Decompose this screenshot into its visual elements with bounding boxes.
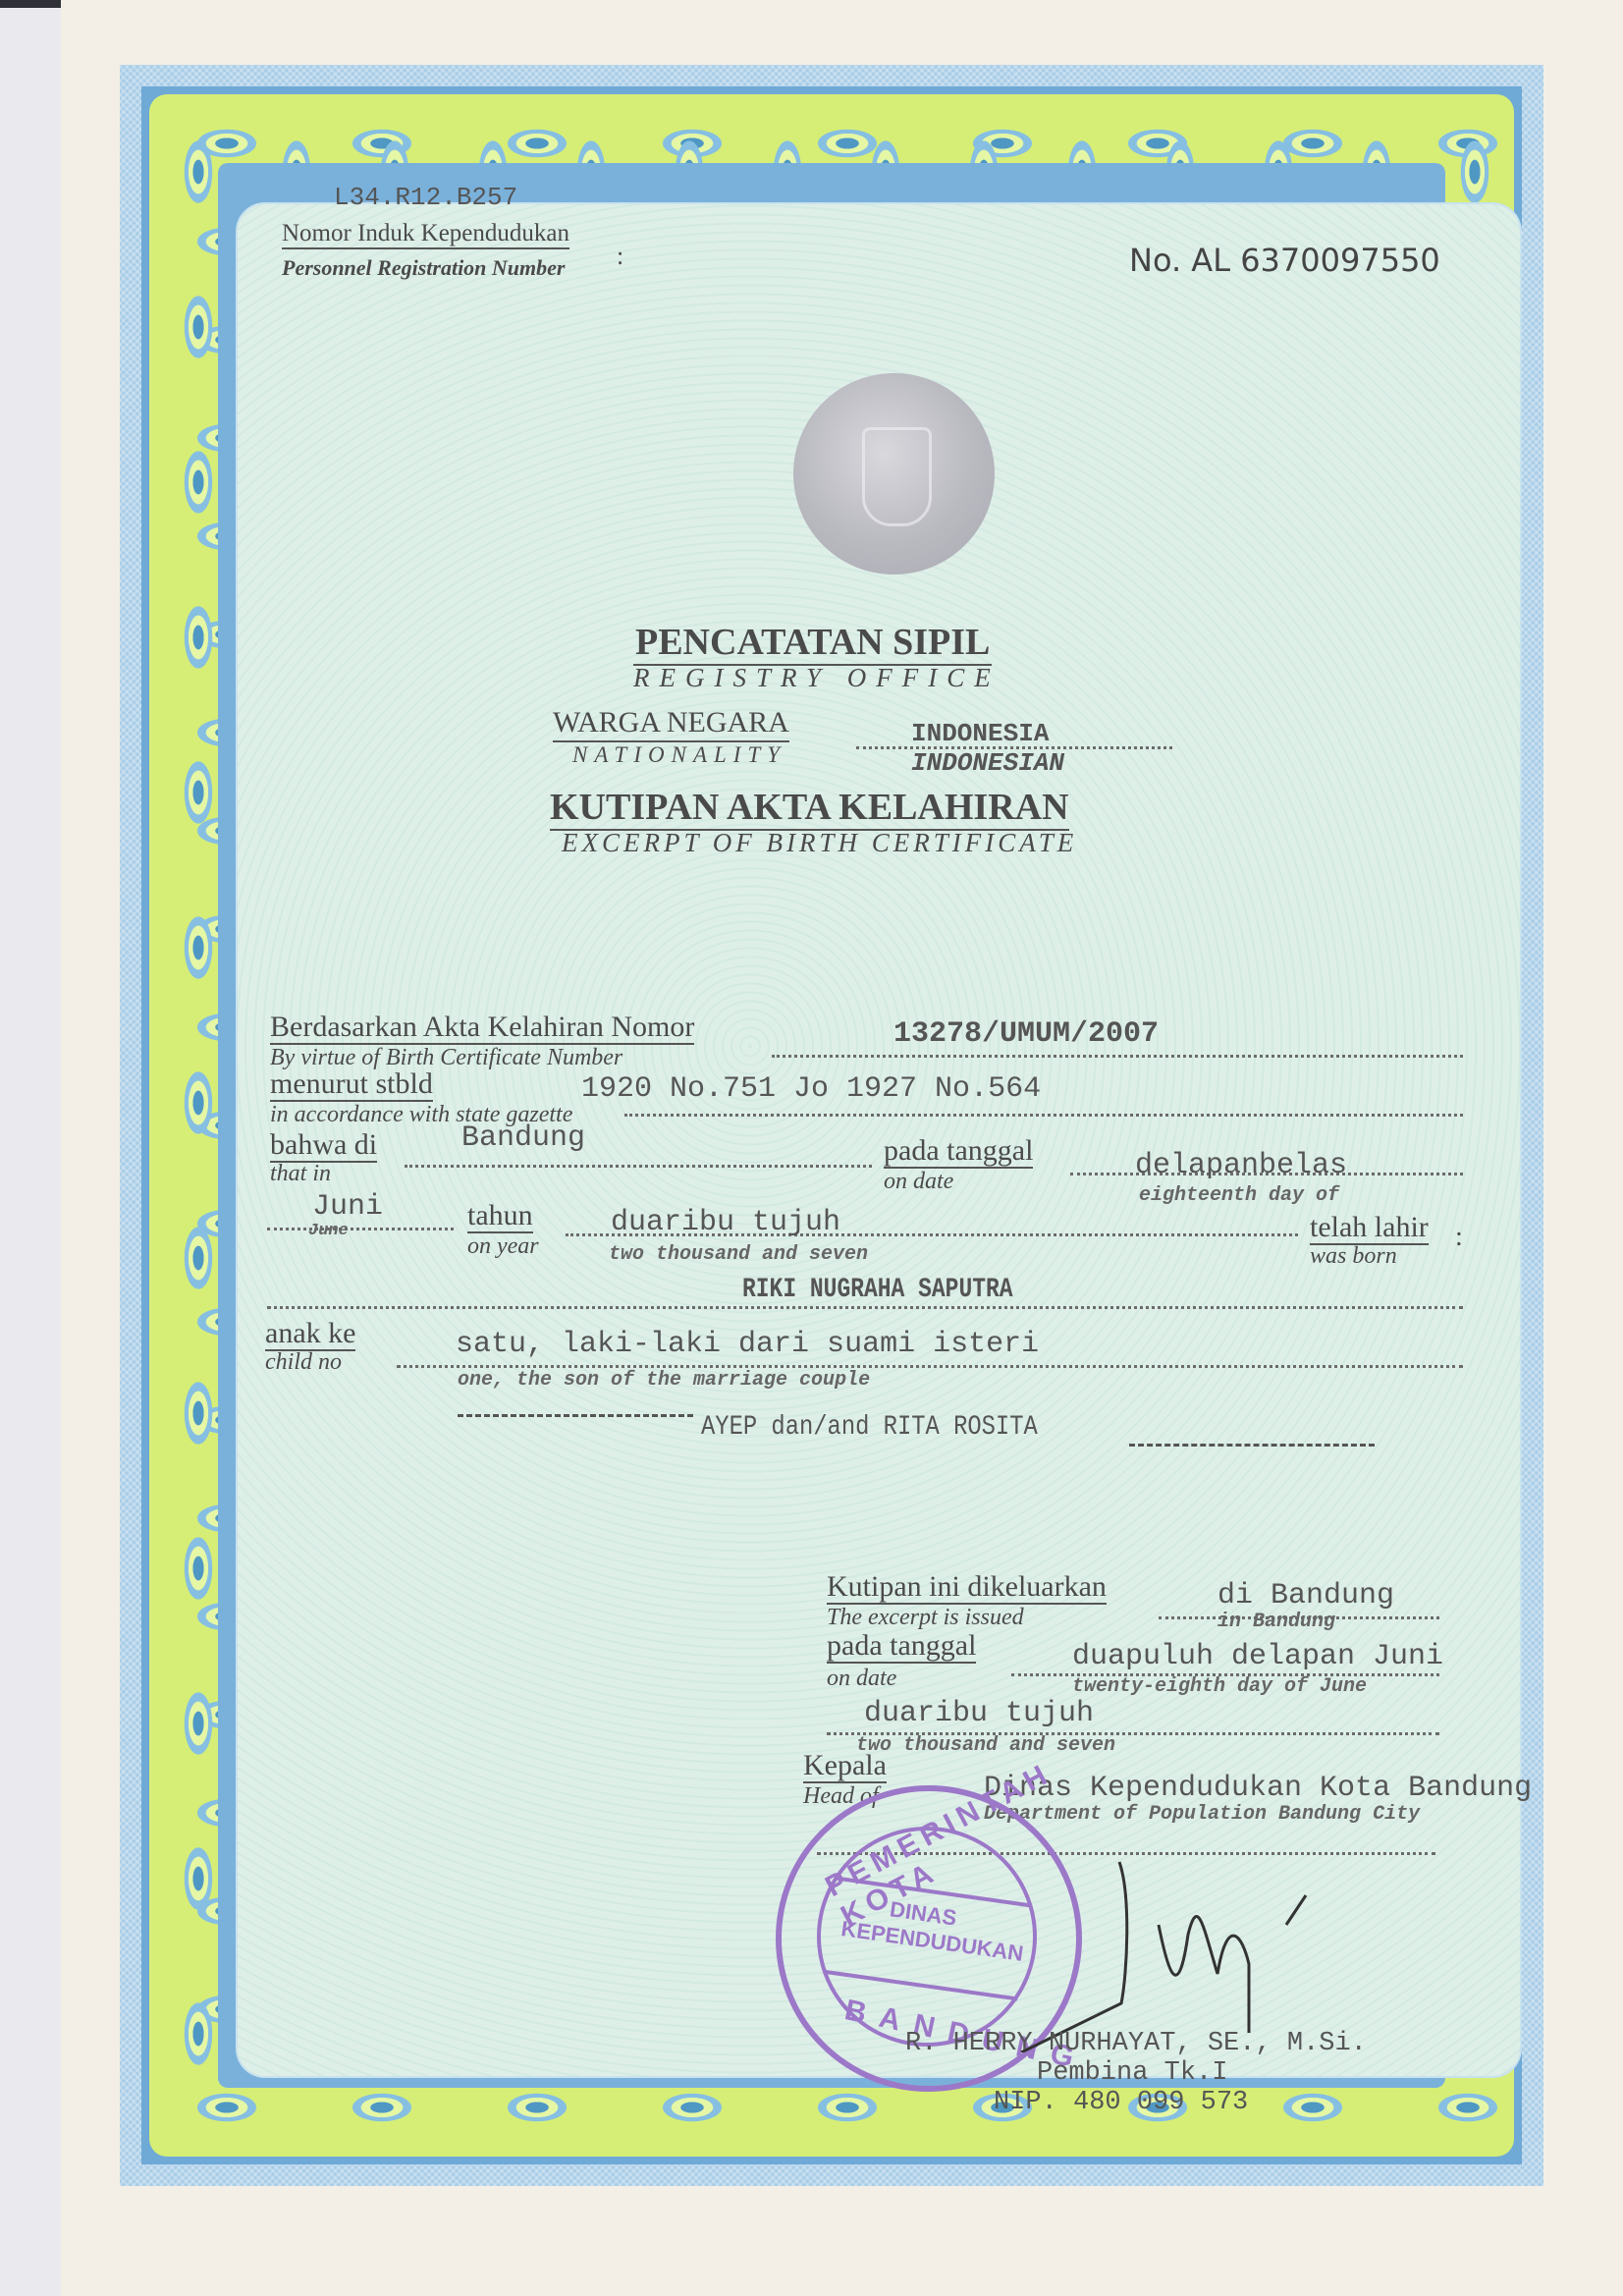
issue-date-value-en: twenty-eighth day of June [1072, 1675, 1367, 1698]
year-label-en: on year [467, 1233, 539, 1259]
date-label: pada tanggal [884, 1135, 1033, 1169]
stbld-dotted-line [624, 1114, 1463, 1117]
day-value-en: eighteenth day of [1139, 1184, 1339, 1207]
month-dotted-line [267, 1228, 454, 1230]
nationality-value-en: INDONESIAN [911, 748, 1064, 778]
cert-number-value: 13278/UMUM/2007 [893, 1017, 1159, 1051]
child-no-dotted-line [397, 1365, 1463, 1368]
signature [992, 1856, 1325, 2052]
nationality-label-en: NATIONALITY [572, 742, 786, 768]
head-label: Kepala [803, 1750, 887, 1783]
nationality-value: INDONESIA [911, 719, 1049, 748]
year-value-en: two thousand and seven [609, 1243, 868, 1266]
parents-dash-right [1129, 1444, 1375, 1447]
nik-colon: : [617, 242, 623, 271]
child-no-label: anak ke [265, 1318, 355, 1351]
place-value: Bandung [461, 1121, 585, 1155]
parents: AYEP dan/and RITA ROSITA [701, 1412, 1038, 1443]
child-no-label-en: child no [265, 1349, 342, 1375]
nik-label-en: Personnel Registration Number [282, 255, 565, 281]
issued-label: Kutipan ini dikeluarkan [827, 1571, 1107, 1605]
cert-number-label: Berdasarkan Akta Kelahiran Nomor [270, 1011, 694, 1045]
date-label-en: on date [884, 1169, 953, 1194]
child-name-dotted-line [267, 1306, 1463, 1309]
year-value: duaribu tujuh [611, 1206, 840, 1239]
official-name: R. HERRY NURHAYAT, SE., M.Si. [905, 2029, 1367, 2058]
child-name: RIKI NUGRAHA SAPUTRA [742, 1275, 1013, 1305]
office-title-en: REGISTRY OFFICE [633, 663, 1001, 693]
parents-dash-left [458, 1414, 693, 1417]
official-rank: Pembina Tk.I [1037, 2058, 1227, 2088]
issued-label-en: The excerpt is issued [827, 1605, 1024, 1630]
serial-number: No. AL 6370097550 [1129, 242, 1440, 279]
office-title: PENCATATAN SIPIL [633, 621, 992, 666]
child-no-value-en: one, the son of the marriage couple [458, 1369, 870, 1392]
stbld-value: 1920 No.751 Jo 1927 No.564 [581, 1072, 1041, 1106]
born-colon: : [1455, 1222, 1463, 1253]
month-value-en: June [308, 1222, 349, 1240]
issued-place-en: in Bandung [1217, 1611, 1335, 1633]
born-label: telah lahir [1310, 1212, 1429, 1245]
document-title: KUTIPAN AKTA KELAHIRAN [550, 786, 1069, 831]
cert-number-dotted-line [772, 1055, 1463, 1058]
stbld-label: menurut stbld [270, 1068, 433, 1102]
issued-place: di Bandung [1217, 1579, 1394, 1613]
issue-year-value-en: two thousand and seven [856, 1734, 1115, 1757]
nik-label: Nomor Induk Kependudukan [282, 220, 569, 249]
register-code: L34.R12.B257 [334, 183, 517, 212]
place-label: bahwa di [270, 1129, 377, 1163]
issue-date-label-en: on date [827, 1666, 896, 1691]
scan-edge [0, 0, 61, 2296]
document-title-en: EXCERPT OF BIRTH CERTIFICATE [562, 828, 1077, 858]
child-no-value: satu, laki-laki dari suami isteri [456, 1328, 1039, 1361]
year-label: tahun [467, 1200, 533, 1233]
month-value: Juni [312, 1190, 383, 1224]
official-nip: NIP. 480 099 573 [994, 2088, 1248, 2117]
garuda-emblem-icon [862, 427, 932, 526]
place-dotted-line [405, 1165, 872, 1168]
issue-date-value: duapuluh delapan Juni [1072, 1640, 1443, 1673]
issue-year-value: duaribu tujuh [864, 1697, 1094, 1730]
issue-date-label: pada tanggal [827, 1630, 976, 1664]
nationality-label: WARGA NEGARA [553, 705, 789, 742]
born-label-en: was born [1310, 1243, 1397, 1269]
day-value: delapanbelas [1135, 1149, 1347, 1182]
place-label-en: that in [270, 1161, 331, 1186]
hologram-seal [793, 373, 995, 574]
